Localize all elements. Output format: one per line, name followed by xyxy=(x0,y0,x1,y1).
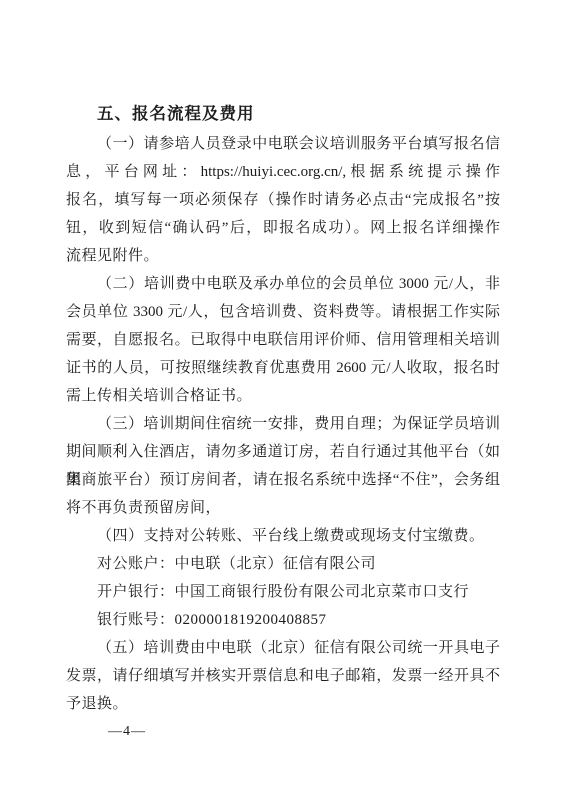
account-name-line: 对公账户：中电联（北京）征信有限公司 xyxy=(66,550,500,578)
account-number-line: 银行账号：0200001819200408857 xyxy=(66,606,500,634)
text-line: （二）培训费中电联及承办单位的会员单位 3000 元/人，非 xyxy=(66,270,500,298)
text-line: 团商旅平台）预订房间者，请在报名系统中选择“不住”，会务组 xyxy=(66,466,500,494)
text-line: 钮，收到短信“确认码”后，即报名成功）。网上报名详细操作 xyxy=(66,214,500,242)
text-line-with-url: 息，平台网址：https://huiyi.cec.org.cn/,根据系统提示操… xyxy=(66,158,500,186)
text-line: 期间顺利入住酒店，请勿多通道订房，若自行通过其他平台（如集 xyxy=(66,438,500,466)
bank-name-line: 开户银行：中国工商银行股份有限公司北京菜市口支行 xyxy=(66,578,500,606)
document-page: 五、报名流程及费用 （一）请参培人员登录中电联会议培训服务平台填写报名信 息，平… xyxy=(0,0,565,796)
text-line: （一）请参培人员登录中电联会议培训服务平台填写报名信 xyxy=(66,130,500,158)
text-line: 将不再负责预留房间， xyxy=(66,494,500,522)
page-number: —4— xyxy=(108,720,500,744)
text-line: 证书的人员，可按照继续教育优惠费用 2600 元/人收取，报名时 xyxy=(66,354,500,382)
text-line: 会员单位 3300 元/人，包含培训费、资料费等。请根据工作实际 xyxy=(66,298,500,326)
text-line: 流程见附件。 xyxy=(66,242,500,270)
text-line: 需要，自愿报名。已取得中电联信用评价师、信用管理相关培训 xyxy=(66,326,500,354)
section-heading: 五、报名流程及费用 xyxy=(66,98,500,130)
document-body: 五、报名流程及费用 （一）请参培人员登录中电联会议培训服务平台填写报名信 息，平… xyxy=(66,98,500,744)
text-line: 予退换。 xyxy=(66,690,500,718)
text-line: （五）培训费由中电联（北京）征信有限公司统一开具电子 xyxy=(66,634,500,662)
text-line: 需上传相关培训合格证书。 xyxy=(66,382,500,410)
text-line: 报名，填写每一项必须保存（操作时请务必点击“完成报名”按 xyxy=(66,186,500,214)
text-line: （四）支持对公转账、平台线上缴费或现场支付宝缴费。 xyxy=(66,522,500,550)
text-line: （三）培训期间住宿统一安排，费用自理；为保证学员培训 xyxy=(66,410,500,438)
text-line: 发票，请仔细填写并核实开票信息和电子邮箱，发票一经开具不 xyxy=(66,662,500,690)
